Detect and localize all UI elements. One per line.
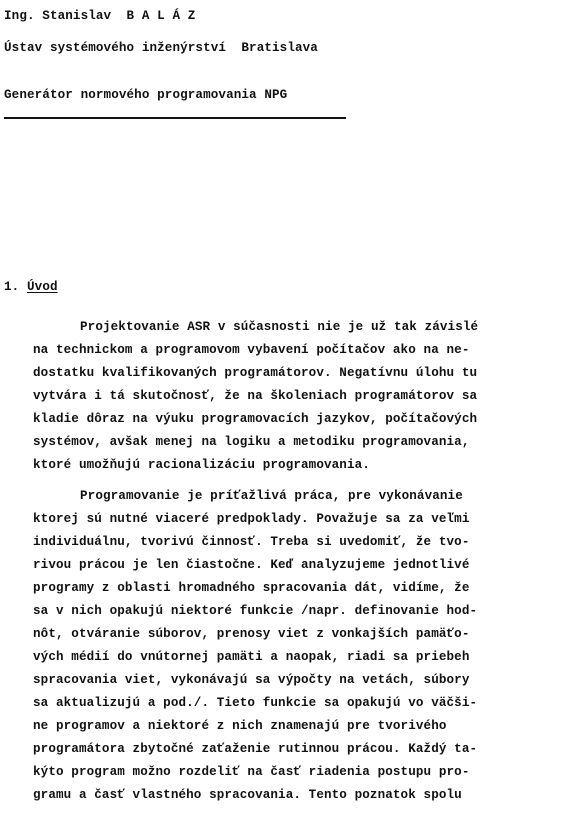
text-line: spracovania viet, vykonávajú sa výpočty … <box>33 672 469 688</box>
title-underline-rule <box>4 117 346 119</box>
document-title: Generátor normového programovania NPG <box>4 87 287 103</box>
text-line: ktorej sú nutné viaceré predpoklady. Pov… <box>33 511 469 527</box>
text-line: rivou prácou je len čiastočne. Keď analy… <box>33 557 469 573</box>
text-line: programy z oblasti hromadného spracovani… <box>33 580 469 596</box>
text-line: Projektovanie ASR v súčasnosti nie je už… <box>80 319 478 335</box>
text-line: dostatku kvalifikovaných programátorov. … <box>33 365 477 381</box>
text-line: na technickom a programovom vybavení poč… <box>33 342 469 358</box>
text-line: kladie dôraz na výuku programovacích jaz… <box>33 411 477 427</box>
author-line: Ing. Stanislav B A L Á Z <box>4 8 195 24</box>
text-line: nôt, otváranie súborov, prenosy viet z v… <box>33 626 469 642</box>
section-heading: 1. Úvod <box>4 279 58 295</box>
text-line: gramu a časť vlastného spracovania. Tent… <box>33 787 462 803</box>
text-line: vytvára i tá skutočnosť, že na školeniac… <box>33 388 477 404</box>
text-line: kýto program možno rozdeliť na časť riad… <box>33 764 469 780</box>
text-line: systémov, avšak menej na logiku a metodi… <box>33 434 469 450</box>
text-line: vých médií do vnútornej pamäti a naopak,… <box>33 649 469 665</box>
text-line: programátora zbytočné zaťaženie rutinnou… <box>33 741 477 757</box>
text-line: individuálnu, tvorivú činnosť. Treba si … <box>33 534 469 550</box>
text-line: Programovanie je príťažlivá práca, pre v… <box>80 488 463 504</box>
institute-line: Ústav systémového inženýrství Bratislava <box>4 40 318 56</box>
text-line: sa v nich opakujú niektoré funkcie /napr… <box>33 603 477 619</box>
section-number: 1. <box>4 280 19 294</box>
text-line: sa aktualizujú a pod./. Tieto funkcie sa… <box>33 695 477 711</box>
section-title: Úvod <box>27 280 58 294</box>
text-line: ne programov a niektoré z nich znamenajú… <box>33 718 447 734</box>
text-line: ktoré umožňujú racionalizáciu programova… <box>33 457 370 473</box>
